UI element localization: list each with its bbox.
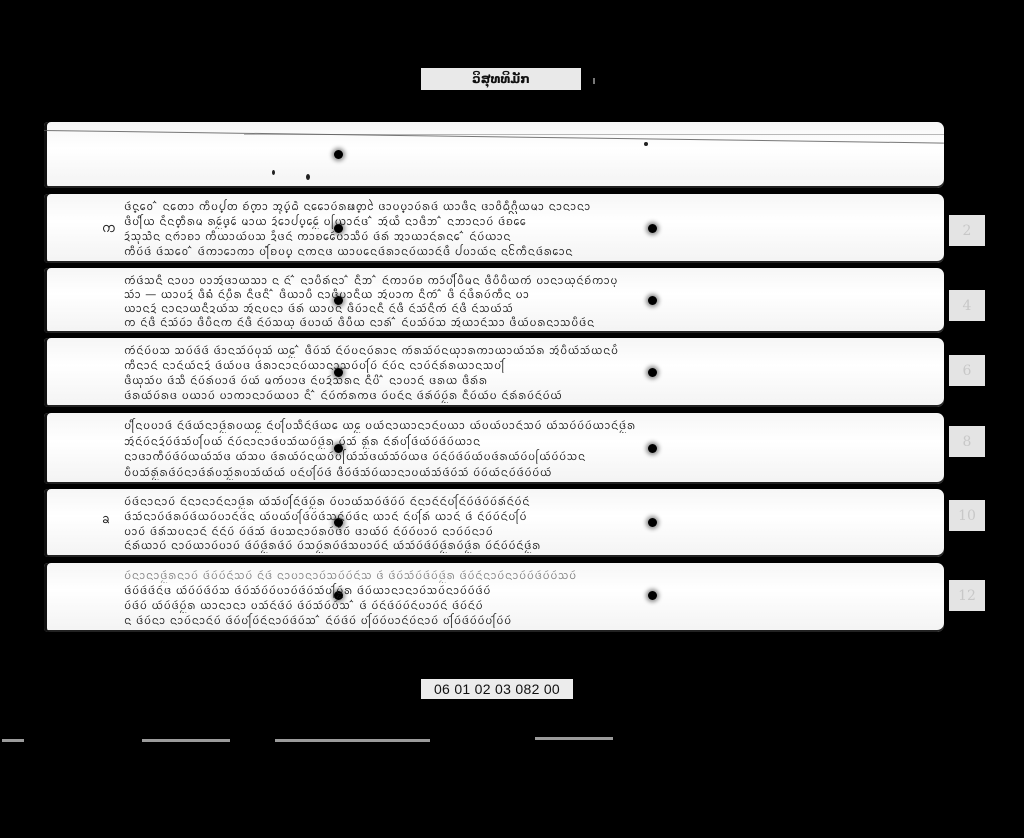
page-number-tag: 12 <box>949 580 985 611</box>
film-registration-mark <box>593 78 595 84</box>
text-line: ᨯᩢᩈᩩᩈᩫᨶ ᨶᨻᩢᩣᨧᩣ ᨠᩥᨿᩣᨿᩢᨷᩈ ᨯᩢᩢᨴᨶᩢ ᨠᩣᨧᩯᩢᨷᩣᩈᩥ… <box>124 229 896 244</box>
page-number-tag: 6 <box>949 355 985 386</box>
text-line: ᨠᩥᨶᩣᨶᩢ ᨶᩣᨶᩢᨿᩢᨶᨯᩢ ᨴᩢᨿᩢᨷᨴ ᨴᩢᩁᩣᨶᩣᨶᨷᩢᨿᩣᨶᩣᩈᨷᩢ… <box>124 358 896 373</box>
leaf-margin-numeral: ᨠ <box>102 218 116 239</box>
text-line: ᨶᩢᩁᩢᨿᩣᨷᩢ ᨶᩣᨷᩢᨿᩣᨷᩢᨷᩣᨷᩢ ᨴᩢᨷᩢᨴᩢᩬᩁᨴᩢᨷᩢ ᨷᩢᩈᨷᩢ… <box>124 538 896 553</box>
film-edge-streak <box>2 739 24 742</box>
film-edge-streak <box>142 739 230 742</box>
palm-leaf-4: ᨠᩢᨶᩢᨷᩢᨷᩈ ᩈᨷᩢᨴᩢᨴᩢ ᨴᩢᩣᨶᩈᩢᨷᩢᨷᩩᩈᩢ ᨿᩮᩬ ᩳ ᨴᩥᨷᩢ… <box>44 338 944 407</box>
text-line: ᨷᩢᨴᩢᨶᩣᨶᩣᨷᩢ ᨶᩢᨶᩣᨶᩣᨶᩢᨶᩣᨴᩢᩬᩁ ᨿᩢᩈᩢᨷᩕᩢᨶᩢᨴᩢᨷᩢᩬ… <box>124 494 896 509</box>
text-line: ᨷᩢᨴᩢᨷᩢ ᨿᩢᨷᩢᨴᩢᨷᩢᩬᩁ ᨿᩣᨶᩣᨶᩣ ᨷᩈᩢᨶᩢᨴᩢᨷᩢ ᨴᩢᨷᩢᩈ… <box>124 598 896 613</box>
text-line: ᩋᩢᨶᩢᨷᩢᨶᨯᩢᨷᩢᨴᩢᩈᩢᨷᩕᩢᨷᨿᩢ ᨶᩢᨷᩢᨶᩣᨶᩣᨴᩢᨷᩈᩢᨿᨷᩢᨴᩢ… <box>124 434 896 449</box>
palm-leaf-7: ᨷᩢᨶᩣᨶᩣᨴᩢᩬᩁᨶᩣᨷᩢ ᨴᩢᨷᩢᨷᩢᨶᩢᩈᨷᩢ ᨶᩢᨴᩢ ᨶᩣᨷᩣᨶᩣᨷᩢ… <box>44 563 944 632</box>
catalogue-id-label: 06 01 02 03 082 00 <box>421 679 573 699</box>
leaf-margin-numeral: ᨡ <box>102 509 110 530</box>
text-line: ᨷᩥᨷᩈᩢᩁᩢᩬᩁᨴᩢᨷᩢᨶᩣᨴᩢᩁᩢᨷᩈᩢᩬᩁᨷᩈᩢᨿᩢᨿᩢ ᨷᨶᩢᨷᩕᩢᨷᩢ… <box>124 465 896 480</box>
page-number-tag: 4 <box>949 290 985 321</box>
page-number-tag: 8 <box>949 426 985 457</box>
text-line: ᨴᩥᨷᩕᩥᨿ ᨶᩢᩢᨶ᩠ᨲᩥᩁᨾ ᩁᩮᩢᩬ᩠ᨴᩮᩢ ᨾᩣᨿ ᨯᩢᩮᩣᨸ᩠ᨷᩯᩬᩢ… <box>124 214 896 229</box>
palm-leaf-1 <box>44 122 944 188</box>
text-line: ᨶᩣᨴᩣᨠᩥᨷᩢᨴᩢᨷᩢᨿᨿᩢᩈᩢᨴ ᨿᩢᩈᨷ ᨴᩢᩁᨿᩢᨷᩢᨶᨿᨷᩢᨷᩕᨿᩢᩈ… <box>124 449 896 464</box>
leaf-text: ᨠᩢᨴᩢᩈᨶᩥ ᨶᩣᨷᩣ ᨷᩣᩋᩢᨴᩣᨿᩈᩣ ᨶ ᨶᩢ ᩳ ᨶᩣᨷᩥᩁᩢᨶᩣ ᩳ… <box>124 273 896 329</box>
text-line: ᨠ ᨶᩢᨴᩥ ᨶᩢᩈᩢᨷᩢᩣ ᨴᩥᨷᩥᨶᨠ ᨶᩢᨴᩥ ᨶᩢᨷᩢᩈᨿᩩ ᨴᩢᨷᩣᨿ… <box>124 315 896 329</box>
text-line: ᨴᩢᩁᨿᩢᨷᩢᩁᨴ ᨷᨿᩣᨷᩢ ᨷᩣᨠᩣᨶᩣᨷᩢᨿᨷᩣ ᨶᩢᩢ ᩳ ᨶᩢᨷᩢᨠᩢ… <box>124 388 896 403</box>
leaf-scratch <box>44 130 944 144</box>
leaf-text: ᨠᩢᨶᩢᨷᩢᨷᩈ ᩈᨷᩢᨴᩢᨴᩢ ᨴᩢᩣᨶᩈᩢᨷᩢᨷᩩᩈᩢ ᨿᩮᩬ ᩳ ᨴᩥᨷᩢ… <box>124 343 896 403</box>
text-line: ᨴᩥᨿᩩᩈᩢᨷ ᨴᩢᩈᩥ ᨶᩢᨷᩢᩁᩢᨷᩣᨴᩢ ᨷᩢᨿᩢ ᨾᨠᩢᨷᩣᨴ ᨶᩢᨷᨯ… <box>124 373 896 388</box>
text-line: ᩈᩢᩣ — ᨿᩣᨷᨯᩢ ᨴᩥᨦᩴ ᨶᩢᨷᩥᩬᩁ ᨶᩥᨴᨶᩥ ᩳ ᨴᩥᨿᩣᨷᩥ ᨶ… <box>124 287 896 301</box>
binding-hole <box>334 150 343 159</box>
speck <box>644 142 648 146</box>
film-edge-streak <box>275 739 430 742</box>
film-edge-streak <box>535 737 613 740</box>
text-line: ᨴᩢᨷᩢᨴᩢᨴᩢᨶᩢᨴ ᨿᩢᨷᩢᨷᩢᨴᩢᨷᩢᩈ ᨴᩢᨷᩢᩈᩢᨷᩢᨷᩢᨷᩣᨷᩢᨴᩢ… <box>124 583 896 598</box>
leaf-text: ᨷᩢᨶᩣᨶᩣᨴᩢᩬᩁᨶᩣᨷᩢ ᨴᩢᨷᩢᨷᩢᨶᩢᩈᨷᩢ ᨶᩢᨴᩢ ᨶᩣᨷᩣᨶᩣᨷᩢ… <box>124 568 896 628</box>
text-line: ᨠᩥᨷᩢᨴᩢ ᨴᩢᩈᩮᩅ ᩳ ᨴᩢᨠᩣᩮᩣᨠᩣ ᨷᩕᩫᨧᨷ᩠ᨷ ᨶᨠᨶᨴ ᨿᩣᨷ… <box>124 244 896 259</box>
text-line: ᨴᩢ᩠ᨶᩮᩅ ᩳ ᨶᩮᨲᩣ ᨠᩥᨷ᩠ᨸᨲ ᨧᩢ᩠ᨠᩣ ᩋᩩ᩠ᨷᩢᨵᩫ ᨶᩯᩣᨷᩢ… <box>124 199 896 214</box>
text-line: ᨠᩢᨴᩢᩈᨶᩥ ᨶᩣᨷᩣ ᨷᩣᩋᩢᨴᩣᨿᩈᩣ ᨶ ᨶᩢ ᩳ ᨶᩣᨷᩥᩁᩢᨶᩣ ᩳ… <box>124 273 896 287</box>
text-line: ᨶ ᨴᩢᨷᩢᨶᩣ ᨶᩣᨷᩢᨶᩣᨶᩢᨷᩢ ᨴᩢᨷᩢᨷᩕᩢᨷᩢᨶᩢᨶᩣᨷᩢᨴᩢᨷᩢᩈ… <box>124 613 896 628</box>
text-line: ᨴᩢᩈᩢᨶᩣᨷᩢᨴᩢᩁᨷᩢᨴᩢᨿᨷᩢᨷᩣᨶᩢᨴᩢᨶ ᨿᩢᨷᨿᩢᨷᩕᩢᨴᩢᨷᩢᨴᩢ… <box>124 509 896 524</box>
palm-leaf-6: ᨡ ᨷᩢᨴᩢᨶᩣᨶᩣᨷᩢ ᨶᩢᨶᩣᨶᩣᨶᩢᨶᩣᨴᩢᩬᩁ ᨿᩢᩈᩢᨷᩕᩢᨶᩢᨴᩢᨷ… <box>44 489 944 557</box>
text-line: ᨷᩕᩥᨶᨷᨷᩣᨴᩢ ᨶᩢᨴᩢᨿᩢᨶᩣᨴᩢᩬᩁᨷᨿᩮᩬ ᨶᩢᨷᩕᩢᨷᩈᩥᨶᩢᨴᩢᨿ… <box>124 418 896 433</box>
leaf-text: ᨷᩕᩥᨶᨷᨷᩣᨴᩢ ᨶᩢᨴᩢᨿᩢᨶᩣᨴᩢᩬᩁᨷᨿᩮᩬ ᨶᩢᨷᩕᩢᨷᩈᩥᨶᩢᨴᩢᨿ… <box>124 418 896 480</box>
palm-leaf-5: ᨷᩕᩥᨶᨷᨷᩣᨴᩢ ᨶᩢᨴᩢᨿᩢᨶᩣᨴᩢᩬᩁᨷᨿᩮᩬ ᨶᩢᨷᩕᩢᨷᩈᩥᨶᩢᨴᩢᨿ… <box>44 413 944 484</box>
palm-leaf-2: ᨠ ᨴᩢ᩠ᨶᩮᩅ ᩳ ᨶᩮᨲᩣ ᨠᩥᨷ᩠ᨸᨲ ᨧᩢ᩠ᨠᩣ ᩋᩩ᩠ᨷᩢᨵᩫ ᨶᩯᩣ… <box>44 194 944 263</box>
text-line: ᨿᩣᨶᨯᩢ ᨶᩣᨶᩣᨿᨶᩥᨯᨿᩢᩈ ᩋᩢᨶᨷᨶᩣ ᨴᩢᩁᩢ ᨿᩣᨷᨶᩢ ᨴᩥᨷᩢ… <box>124 301 896 315</box>
leaf-scratch <box>244 134 944 135</box>
page-number-tag: 10 <box>949 500 985 531</box>
palm-leaf-3: ᨠᩢᨴᩢᩈᨶᩥ ᨶᩣᨷᩣ ᨷᩣᩋᩢᨴᩣᨿᩈᩣ ᨶ ᨶᩢ ᩳ ᨶᩣᨷᩥᩁᩢᨶᩣ ᩳ… <box>44 268 944 333</box>
speck <box>306 174 310 180</box>
title-label: ວິສຸທທິມັກ <box>421 68 581 90</box>
page-number-tag: 2 <box>949 215 985 246</box>
leaf-text: ᨷᩢᨴᩢᨶᩣᨶᩣᨷᩢ ᨶᩢᨶᩣᨶᩣᨶᩢᨶᩣᨴᩢᩬᩁ ᨿᩢᩈᩢᨷᩕᩢᨶᩢᨴᩢᨷᩢᩬ… <box>124 494 896 553</box>
speck <box>272 170 275 175</box>
text-line: ᨠᩢᨶᩢᨷᩢᨷᩈ ᩈᨷᩢᨴᩢᨴᩢ ᨴᩢᩣᨶᩈᩢᨷᩢᨷᩩᩈᩢ ᨿᩮᩬ ᩳ ᨴᩥᨷᩢ… <box>124 343 896 358</box>
text-line: ᨷᩣᨷᩢ ᨴᩢᩁᩢᩈᨷᨶᩣᨶᩢ ᨶᩢᨶᩢᨷᩢ ᨷᩢᨴᩢᩈᩢ ᨴᩢᨷᩈᨶᩣᨷᩢᩁᨷ… <box>124 524 896 539</box>
text-line: ᨷᩢᨶᩣᨶᩣᨴᩢᩬᩁᨶᩣᨷᩢ ᨴᩢᨷᩢᨷᩢᨶᩢᩈᨷᩢ ᨶᩢᨴᩢ ᨶᩣᨷᩣᨶᩣᨷᩢ… <box>124 568 896 583</box>
leaf-text: ᨴᩢ᩠ᨶᩮᩅ ᩳ ᨶᩮᨲᩣ ᨠᩥᨷ᩠ᨸᨲ ᨧᩢ᩠ᨠᩣ ᩋᩩ᩠ᨷᩢᨵᩫ ᨶᩯᩣᨷᩢ… <box>124 199 896 259</box>
